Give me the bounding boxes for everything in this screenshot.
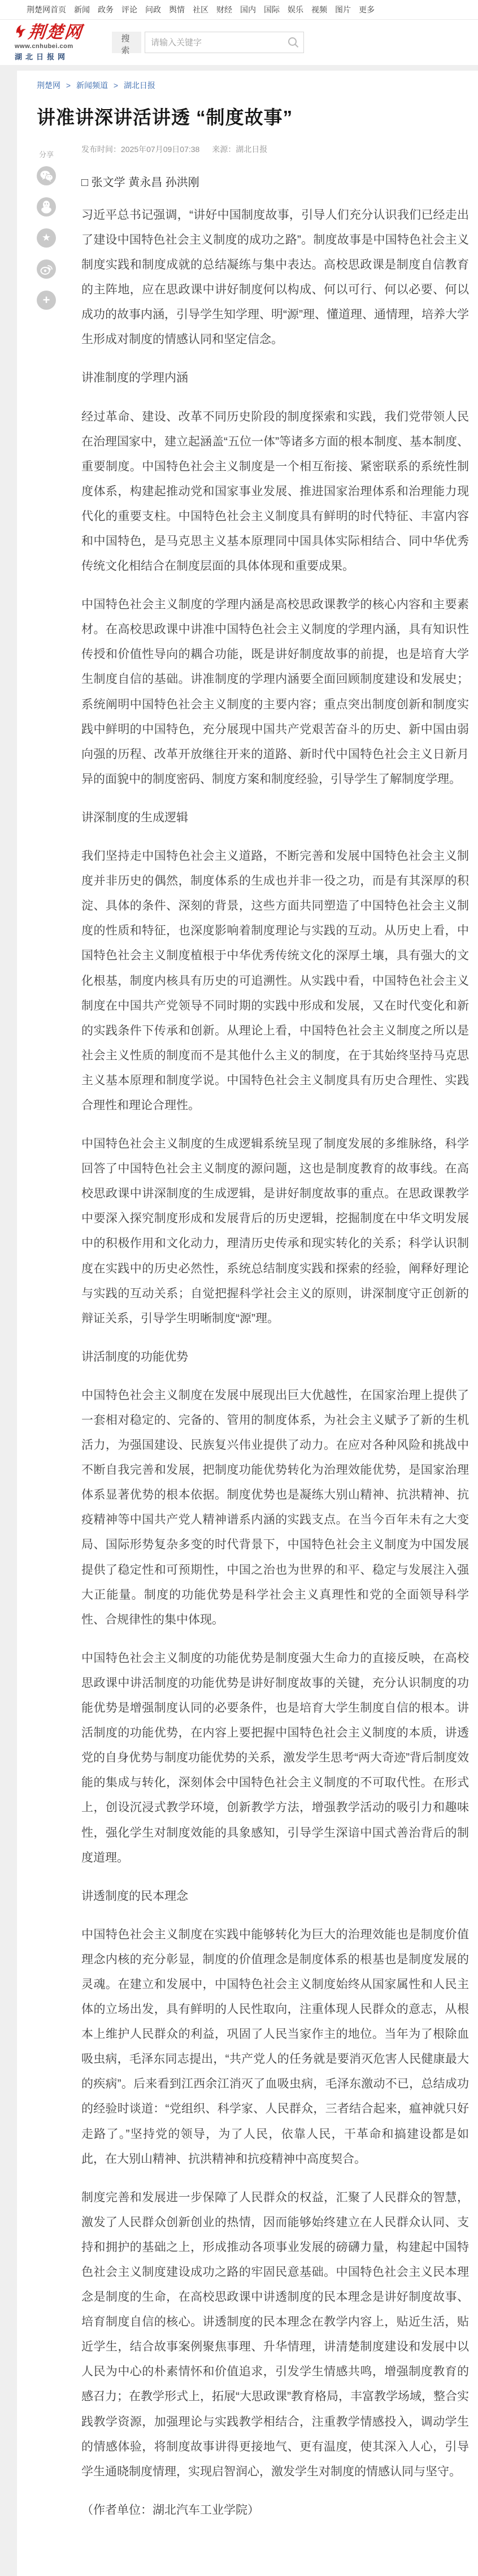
wechat-share-icon[interactable] (37, 166, 56, 185)
article-paragraph: 中国特色社会主义制度的生成逻辑系统呈现了制度发展的多维脉络，科学回答了中国特色社… (81, 1132, 469, 1331)
page-background: 荆楚网 > 新闻频道 > 湖北日报 讲准讲深讲活讲透 “制度故事” 分享 (0, 65, 478, 2576)
search-input[interactable] (145, 32, 304, 53)
topnav-link[interactable]: 国际 (264, 5, 280, 14)
qq-share-icon[interactable] (37, 197, 56, 217)
article-paragraph: 习近平总书记强调，“讲好中国制度故事，引导人们充分认识我们已经走出了建设中国特色… (81, 203, 469, 353)
article-card: 荆楚网 > 新闻频道 > 湖北日报 讲准讲深讲活讲透 “制度故事” 分享 (17, 71, 478, 2576)
topnav-link[interactable]: 新闻 (74, 5, 90, 14)
weibo-share-icon[interactable] (37, 259, 56, 279)
topnav-link[interactable]: 评论 (121, 5, 137, 14)
topnav-link[interactable]: 荆楚网首页 (27, 5, 66, 14)
article-paragraph: 我们坚持走中国特色社会主义道路，不断完善和发展中国特色社会主义制度并非历史的偶然… (81, 844, 469, 1118)
topnav-link[interactable]: 视频 (311, 5, 327, 14)
section-heading: 讲透制度的民本理念 (81, 1884, 469, 1909)
breadcrumb-link-news[interactable]: 新闻频道 (76, 81, 108, 90)
article-meta: 发布时间：2025年07月09日07:38 来源：湖北日报 (81, 144, 469, 155)
plus-icon: + (43, 294, 50, 306)
search-icon (287, 36, 299, 51)
article-paragraph: 中国特色社会主义制度的功能优势是制度强大生命力的直接反映，在高校思政课中讲活制度… (81, 1646, 469, 1871)
logo-url-text: www.cnhubei.com (15, 43, 88, 50)
topnav-link[interactable]: 问政 (145, 5, 161, 14)
topnav-link[interactable]: 舆情 (169, 5, 185, 14)
share-more-icon[interactable]: + (37, 291, 56, 310)
article-paragraph: 经过革命、建设、改革不同历史阶段的制度探索和实践，我们党带领人民在治理国家中，建… (81, 405, 469, 579)
topnav-link[interactable]: 更多 (359, 5, 375, 14)
topnav-link[interactable]: 图片 (335, 5, 351, 14)
star-icon: ★ (42, 233, 51, 243)
topnav-link[interactable]: 娱乐 (288, 5, 303, 14)
article-paragraph: 中国特色社会主义制度的学理内涵是高校思政课教学的核心内容和主要素材。在高校思政课… (81, 592, 469, 792)
section-heading: 讲深制度的生成逻辑 (81, 806, 469, 830)
breadcrumb-link-hubeidaily[interactable]: 湖北日报 (124, 81, 155, 90)
publish-time-label: 发布时间： (81, 145, 121, 154)
article-paragraph: 中国特色社会主义制度在实践中能够转化为巨大的治理效能也是制度价值理念内核的充分彰… (81, 1923, 469, 2172)
topnav-link[interactable]: 财经 (216, 5, 232, 14)
page-title: 讲准讲深讲活讲透 “制度故事” (37, 106, 473, 130)
topnav-link[interactable]: 国内 (240, 5, 256, 14)
breadcrumb-separator: > (114, 81, 118, 90)
publish-time-value: 2025年07月09日07:38 (121, 145, 199, 154)
share-label: 分享 (35, 149, 58, 159)
article-paragraph: 制度完善和发展进一步保障了人民群众的权益，汇聚了人民群众的智慧，激发了人民群众创… (81, 2185, 469, 2484)
site-logo[interactable]: 荆楚网 www.cnhubei.com 湖北日报网 (15, 24, 88, 62)
search-button[interactable]: 搜 索 (112, 32, 141, 53)
section-heading: 讲活制度的功能优势 (81, 1345, 469, 1370)
article-paragraph: （作者单位：湖北汽车工业学院） (81, 2498, 469, 2523)
topnav-link[interactable]: 政务 (98, 5, 114, 14)
logo-bird-icon (15, 24, 27, 41)
site-header: 荆楚网 www.cnhubei.com 湖北日报网 搜 索 (0, 20, 478, 65)
article-main: 发布时间：2025年07月09日07:38 来源：湖北日报 □ 张文学 黄永昌 … (37, 144, 473, 2523)
article-paragraph: 中国特色社会主义制度在发展中展现出巨大优越性，在国家治理上提供了一套相对稳定的、… (81, 1383, 469, 1633)
qzone-star-share-icon[interactable]: ★ (37, 228, 56, 248)
breadcrumb: 荆楚网 > 新闻频道 > 湖北日报 (37, 80, 473, 91)
topnav: 荆楚网首页新闻政务评论问政舆情社区财经国内国际娱乐视频图片更多 (0, 0, 478, 20)
article-authors: □ 张文学 黄永昌 孙洪刚 (81, 173, 469, 189)
section-heading: 讲准制度的学理内涵 (81, 366, 469, 391)
share-column: 分享 (35, 149, 58, 322)
source-value: 湖北日报 (236, 145, 267, 154)
logo-subtitle: 湖北日报网 (15, 51, 88, 62)
logo-title: 荆楚网 (27, 24, 83, 41)
source-label: 来源： (212, 145, 236, 154)
topnav-link[interactable]: 社区 (193, 5, 208, 14)
breadcrumb-link-home[interactable]: 荆楚网 (37, 81, 60, 90)
breadcrumb-separator: > (66, 81, 71, 90)
search-bar: 搜 索 (112, 32, 304, 53)
article-body: 习近平总书记强调，“讲好中国制度故事，引导人们充分认识我们已经走出了建设中国特色… (81, 203, 469, 2523)
